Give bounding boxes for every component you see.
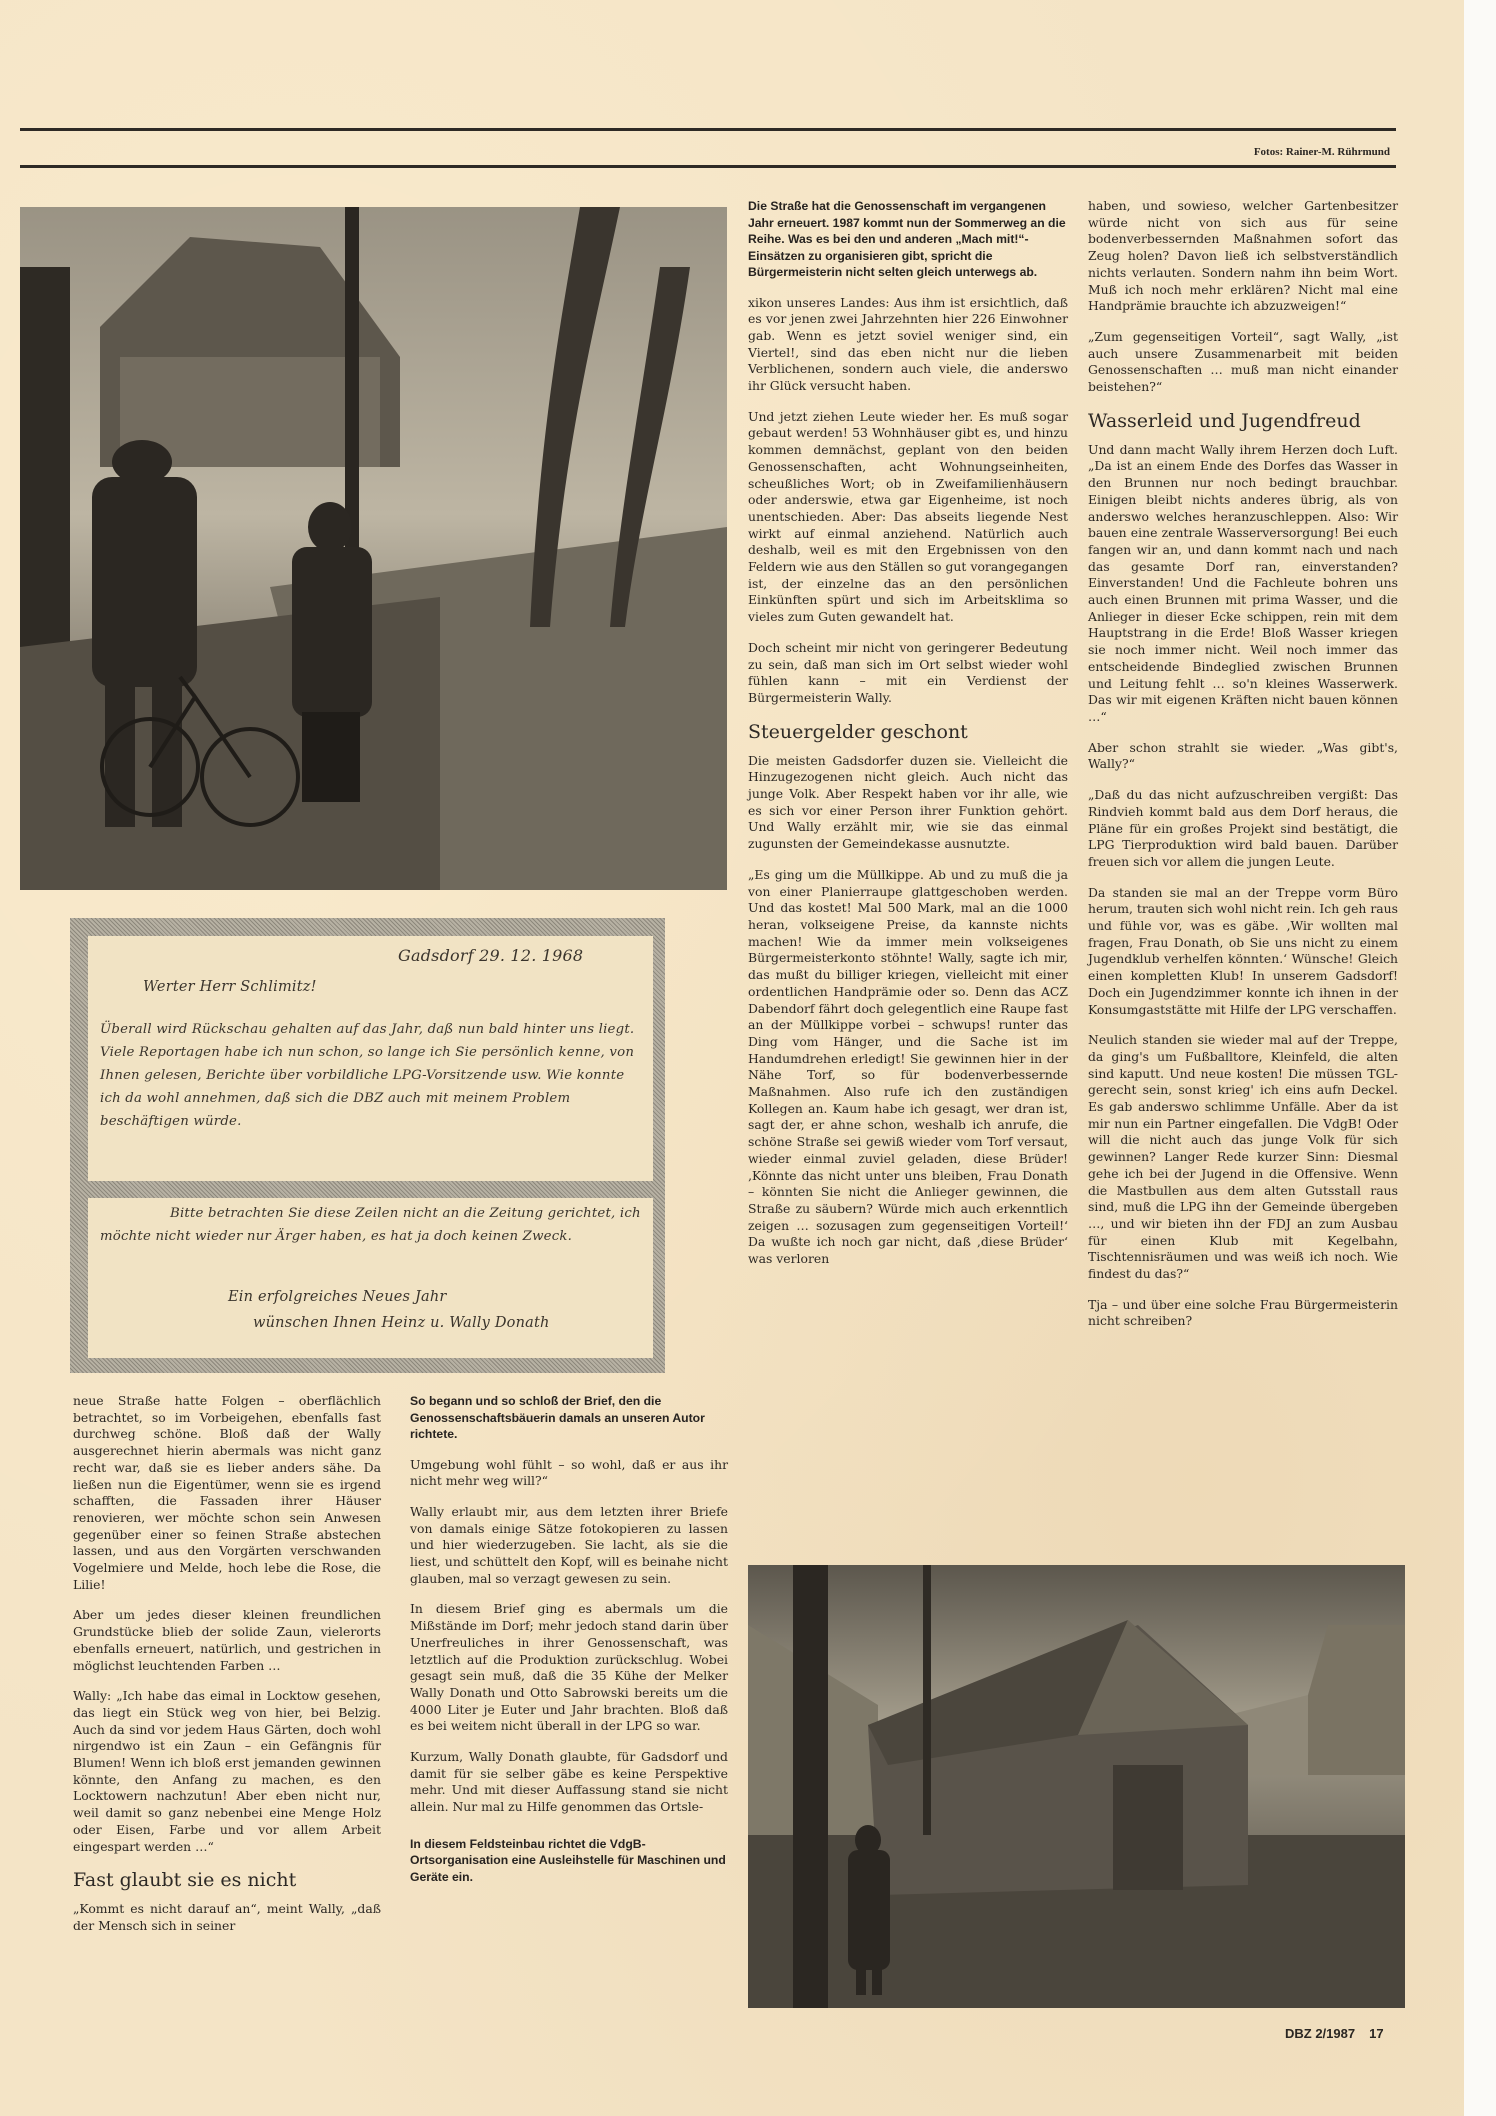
subheading-fast-glaubt: Fast glaubt sie es nicht bbox=[73, 1869, 381, 1891]
article-column-4: haben, und sowieso, welcher Gartenbesitz… bbox=[1088, 198, 1398, 1344]
col1-paragraph-1: neue Straße hatte Folgen – oberflächlich… bbox=[73, 1393, 381, 1593]
letter-facsimile: Gadsdorf 29. 12. 1968 Werter Herr Schlim… bbox=[70, 918, 665, 1373]
col1-paragraph-3: Wally: „Ich habe das eimal in Locktow ge… bbox=[73, 1688, 381, 1855]
letter-salutation: Werter Herr Schlimitz! bbox=[143, 976, 317, 999]
col2-paragraph-1: Umgebung wohl fühlt – so wohl, daß er au… bbox=[410, 1457, 728, 1490]
header-rule-bottom bbox=[20, 165, 1396, 168]
page-footer: DBZ 2/198717 bbox=[1285, 2026, 1384, 2041]
col4-paragraph-8: Tja – und über eine solche Frau Bürgerme… bbox=[1088, 1297, 1398, 1330]
photo-credit: Fotos: Rainer-M. Rührmund bbox=[1240, 146, 1390, 158]
photo-image bbox=[748, 1565, 1405, 2008]
col4-paragraph-2: „Zum gegenseitigen Vorteil“, sagt Wally,… bbox=[1088, 329, 1398, 396]
col2-paragraph-4: Kurzum, Wally Donath glaubte, für Gadsdo… bbox=[410, 1749, 728, 1816]
publication-issue: DBZ 2/1987 bbox=[1285, 2026, 1355, 2041]
col2-paragraph-2: Wally erlaubt mir, aus dem letzten ihrer… bbox=[410, 1504, 728, 1588]
header-rule-top bbox=[20, 128, 1396, 131]
col4-paragraph-7: Neulich standen sie wieder mal auf der T… bbox=[1088, 1032, 1398, 1283]
letter-closing-2: wünschen Ihnen Heinz u. Wally Donath bbox=[253, 1312, 550, 1335]
col1-paragraph-4: „Kommt es nicht darauf an“, meint Wally,… bbox=[73, 1901, 381, 1934]
letter-paragraph-2: Bitte betrachten Sie diese Zeilen nicht … bbox=[100, 1202, 645, 1248]
col3-paragraph-1: xikon unseres Landes: Aus ihm ist ersich… bbox=[748, 295, 1068, 395]
subheading-wasserleid: Wasserleid und Jugendfreud bbox=[1088, 410, 1398, 432]
col4-paragraph-6: Da standen sie mal an der Treppe vorm Bü… bbox=[1088, 885, 1398, 1019]
article-column-1: neue Straße hatte Folgen – oberflächlich… bbox=[73, 1393, 381, 1949]
col4-paragraph-1: haben, und sowieso, welcher Gartenbesitz… bbox=[1088, 198, 1398, 315]
letter-sheet-upper: Gadsdorf 29. 12. 1968 Werter Herr Schlim… bbox=[88, 936, 653, 1181]
photo-caption-letter: So begann und so schloß der Brief, den d… bbox=[410, 1393, 728, 1443]
photo-image bbox=[20, 207, 727, 890]
col3-paragraph-3: Doch scheint mir nicht von geringerer Be… bbox=[748, 640, 1068, 707]
page-number: 17 bbox=[1369, 2026, 1383, 2041]
col3-paragraph-4: Die meisten Gadsdorfer duzen sie. Vielle… bbox=[748, 753, 1068, 853]
col3-paragraph-2: Und jetzt ziehen Leute wieder her. Es mu… bbox=[748, 409, 1068, 626]
photo-villagers-on-road bbox=[20, 207, 727, 890]
col1-paragraph-2: Aber um jedes dieser kleinen freundliche… bbox=[73, 1607, 381, 1674]
photo-caption-building: In diesem Feldsteinbau richtet die VdgB-… bbox=[410, 1836, 728, 1886]
letter-paragraph-1: Überall wird Rückschau gehalten auf das … bbox=[100, 1018, 645, 1133]
letter-sheet-lower: Bitte betrachten Sie diese Zeilen nicht … bbox=[88, 1198, 653, 1358]
subheading-steuergelder: Steuergelder geschont bbox=[748, 721, 1068, 743]
letter-closing-1: Ein erfolgreiches Neues Jahr bbox=[228, 1286, 447, 1309]
col4-paragraph-4: Aber schon strahlt sie wieder. „Was gibt… bbox=[1088, 740, 1398, 773]
col4-paragraph-3: Und dann macht Wally ihrem Herzen doch L… bbox=[1088, 442, 1398, 726]
col4-paragraph-5: „Daß du das nicht aufzuschreiben vergißt… bbox=[1088, 787, 1398, 871]
scan-margin bbox=[1464, 0, 1496, 2116]
photo-caption-street: Die Straße hat die Genossenschaft im ver… bbox=[748, 198, 1068, 281]
col2-paragraph-3: In diesem Brief ging es abermals um die … bbox=[410, 1601, 728, 1735]
article-column-2: So begann und so schloß der Brief, den d… bbox=[410, 1393, 728, 1899]
col3-paragraph-5: „Es ging um die Müllkippe. Ab und zu muß… bbox=[748, 867, 1068, 1268]
article-column-3: Die Straße hat die Genossenschaft im ver… bbox=[748, 198, 1068, 1282]
photo-fieldstone-building bbox=[748, 1565, 1405, 2008]
letter-date: Gadsdorf 29. 12. 1968 bbox=[398, 944, 583, 967]
